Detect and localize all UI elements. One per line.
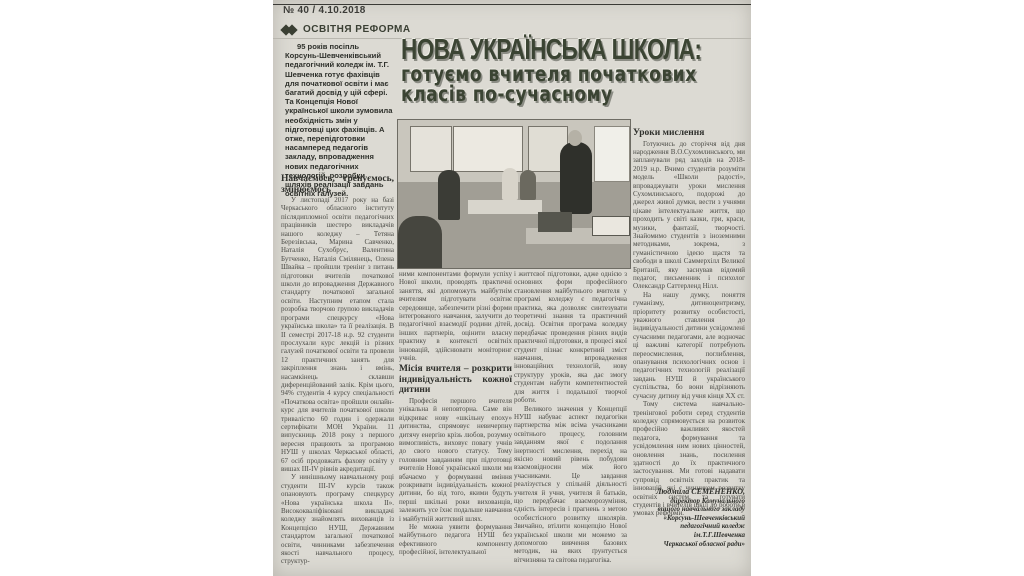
paragraph: У листопаді 2017 року на базі Черкаськог… <box>281 196 394 473</box>
article-column-3: і життєвої підготовки, адже однією з осн… <box>514 270 627 564</box>
author-org: ім.Т.Г.Шевченка <box>633 531 745 540</box>
paragraph: Професія першого вчителя унікальна й неп… <box>399 397 512 523</box>
section-header: ОСВІТНЯ РЕФОРМА <box>281 24 411 35</box>
author-org: Черкаської обласної ради» <box>633 540 745 549</box>
article-column-2: ними компонентами формули успіху Нової ш… <box>399 270 512 557</box>
subheading: Навчаємось, тренуємось, змінюємось <box>281 174 394 195</box>
paragraph: Великого значення у Концепції НУШ набува… <box>514 405 627 565</box>
paragraph: У нинішньому навчальному році студенти I… <box>281 473 394 565</box>
paragraph: Не можна уявити формування майбутнього п… <box>399 523 512 557</box>
paragraph: ними компонентами формули успіху Нової ш… <box>399 270 512 362</box>
headline-subtitle-2: класів по-сучасному <box>401 85 688 104</box>
author-org: «Корсунь-Шевченківський <box>633 514 745 523</box>
newspaper-page: № 40 / 4.10.2018 ОСВІТНЯ РЕФОРМА 95 рокі… <box>273 0 751 576</box>
classroom-photo <box>397 119 631 269</box>
subheading: Місія вчителя – розкрити індивідуальніст… <box>399 364 512 396</box>
paragraph: Готуючись до сторіччя від дня народження… <box>633 140 745 291</box>
issue-number-date: № 40 / 4.10.2018 <box>283 5 366 16</box>
article-column-1: Навчаємось, тренуємось, змінюємось У лис… <box>281 172 394 566</box>
headline-title: НОВА УКРАЇНСЬКА ШКОЛА: <box>401 36 674 64</box>
author-signature: Людмила СЕМЕНЕНКО, директор Комунального… <box>633 488 745 548</box>
article-column-4: Уроки мислення Готуючись до сторіччя від… <box>633 126 745 518</box>
subheading: Уроки мислення <box>633 128 745 139</box>
section-label: ОСВІТНЯ РЕФОРМА <box>303 24 411 35</box>
author-org: педагогічний коледж <box>633 522 745 531</box>
paragraph: На нашу думку, поняття гуманізму, дитино… <box>633 291 745 400</box>
author-org: вищого навчального закладу <box>633 505 745 514</box>
author-title: директор Комунального <box>633 497 745 506</box>
author-name: Людмила СЕМЕНЕНКО, <box>633 488 745 497</box>
double-diamond-icon <box>281 25 297 35</box>
paragraph: і життєвої підготовки, адже однією з осн… <box>514 270 627 405</box>
headline: НОВА УКРАЇНСЬКА ШКОЛА: готуємо вчителя п… <box>401 36 751 104</box>
